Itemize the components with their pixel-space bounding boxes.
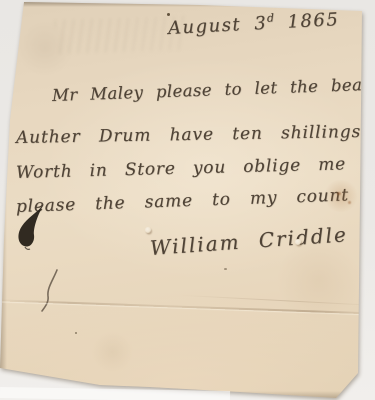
body-line-2: Auther Drum have ten shillings — [16, 122, 361, 148]
ink-speck — [167, 13, 170, 16]
signature-line: William Criddle — [149, 222, 348, 260]
date-line: August 3d 1865 — [167, 8, 339, 39]
ink-speck — [75, 332, 77, 334]
date-ordinal-superscript: d — [267, 11, 275, 24]
stain-dot — [337, 192, 341, 195]
pinhole-right — [295, 239, 301, 245]
body-line-1: Mr Maley please to let the bearer — [52, 74, 375, 105]
crease-line-faint — [180, 295, 375, 306]
date-year: 1865 — [287, 9, 340, 33]
stain-dot — [348, 201, 351, 204]
letter-paper: August 3d 1865 Mr Maley please to let th… — [0, 0, 375, 400]
scan-background: August 3d 1865 Mr Maley please to let th… — [0, 0, 375, 400]
pen-flourish-mark — [40, 268, 62, 314]
body-line-4: please the same to my count — [16, 185, 350, 217]
pinhole-left — [145, 227, 151, 233]
crease-line — [0, 299, 375, 315]
foxing-stain — [323, 180, 359, 212]
ink-blot-mark — [14, 203, 48, 251]
ink-show-through-smudge — [54, 16, 185, 55]
letter-paper-shadow: August 3d 1865 Mr Maley please to let th… — [0, 0, 375, 400]
ink-speck — [224, 268, 227, 270]
date-prefix: August 3 — [167, 13, 267, 39]
body-line-3: Worth in Store you oblige me and — [16, 153, 375, 183]
